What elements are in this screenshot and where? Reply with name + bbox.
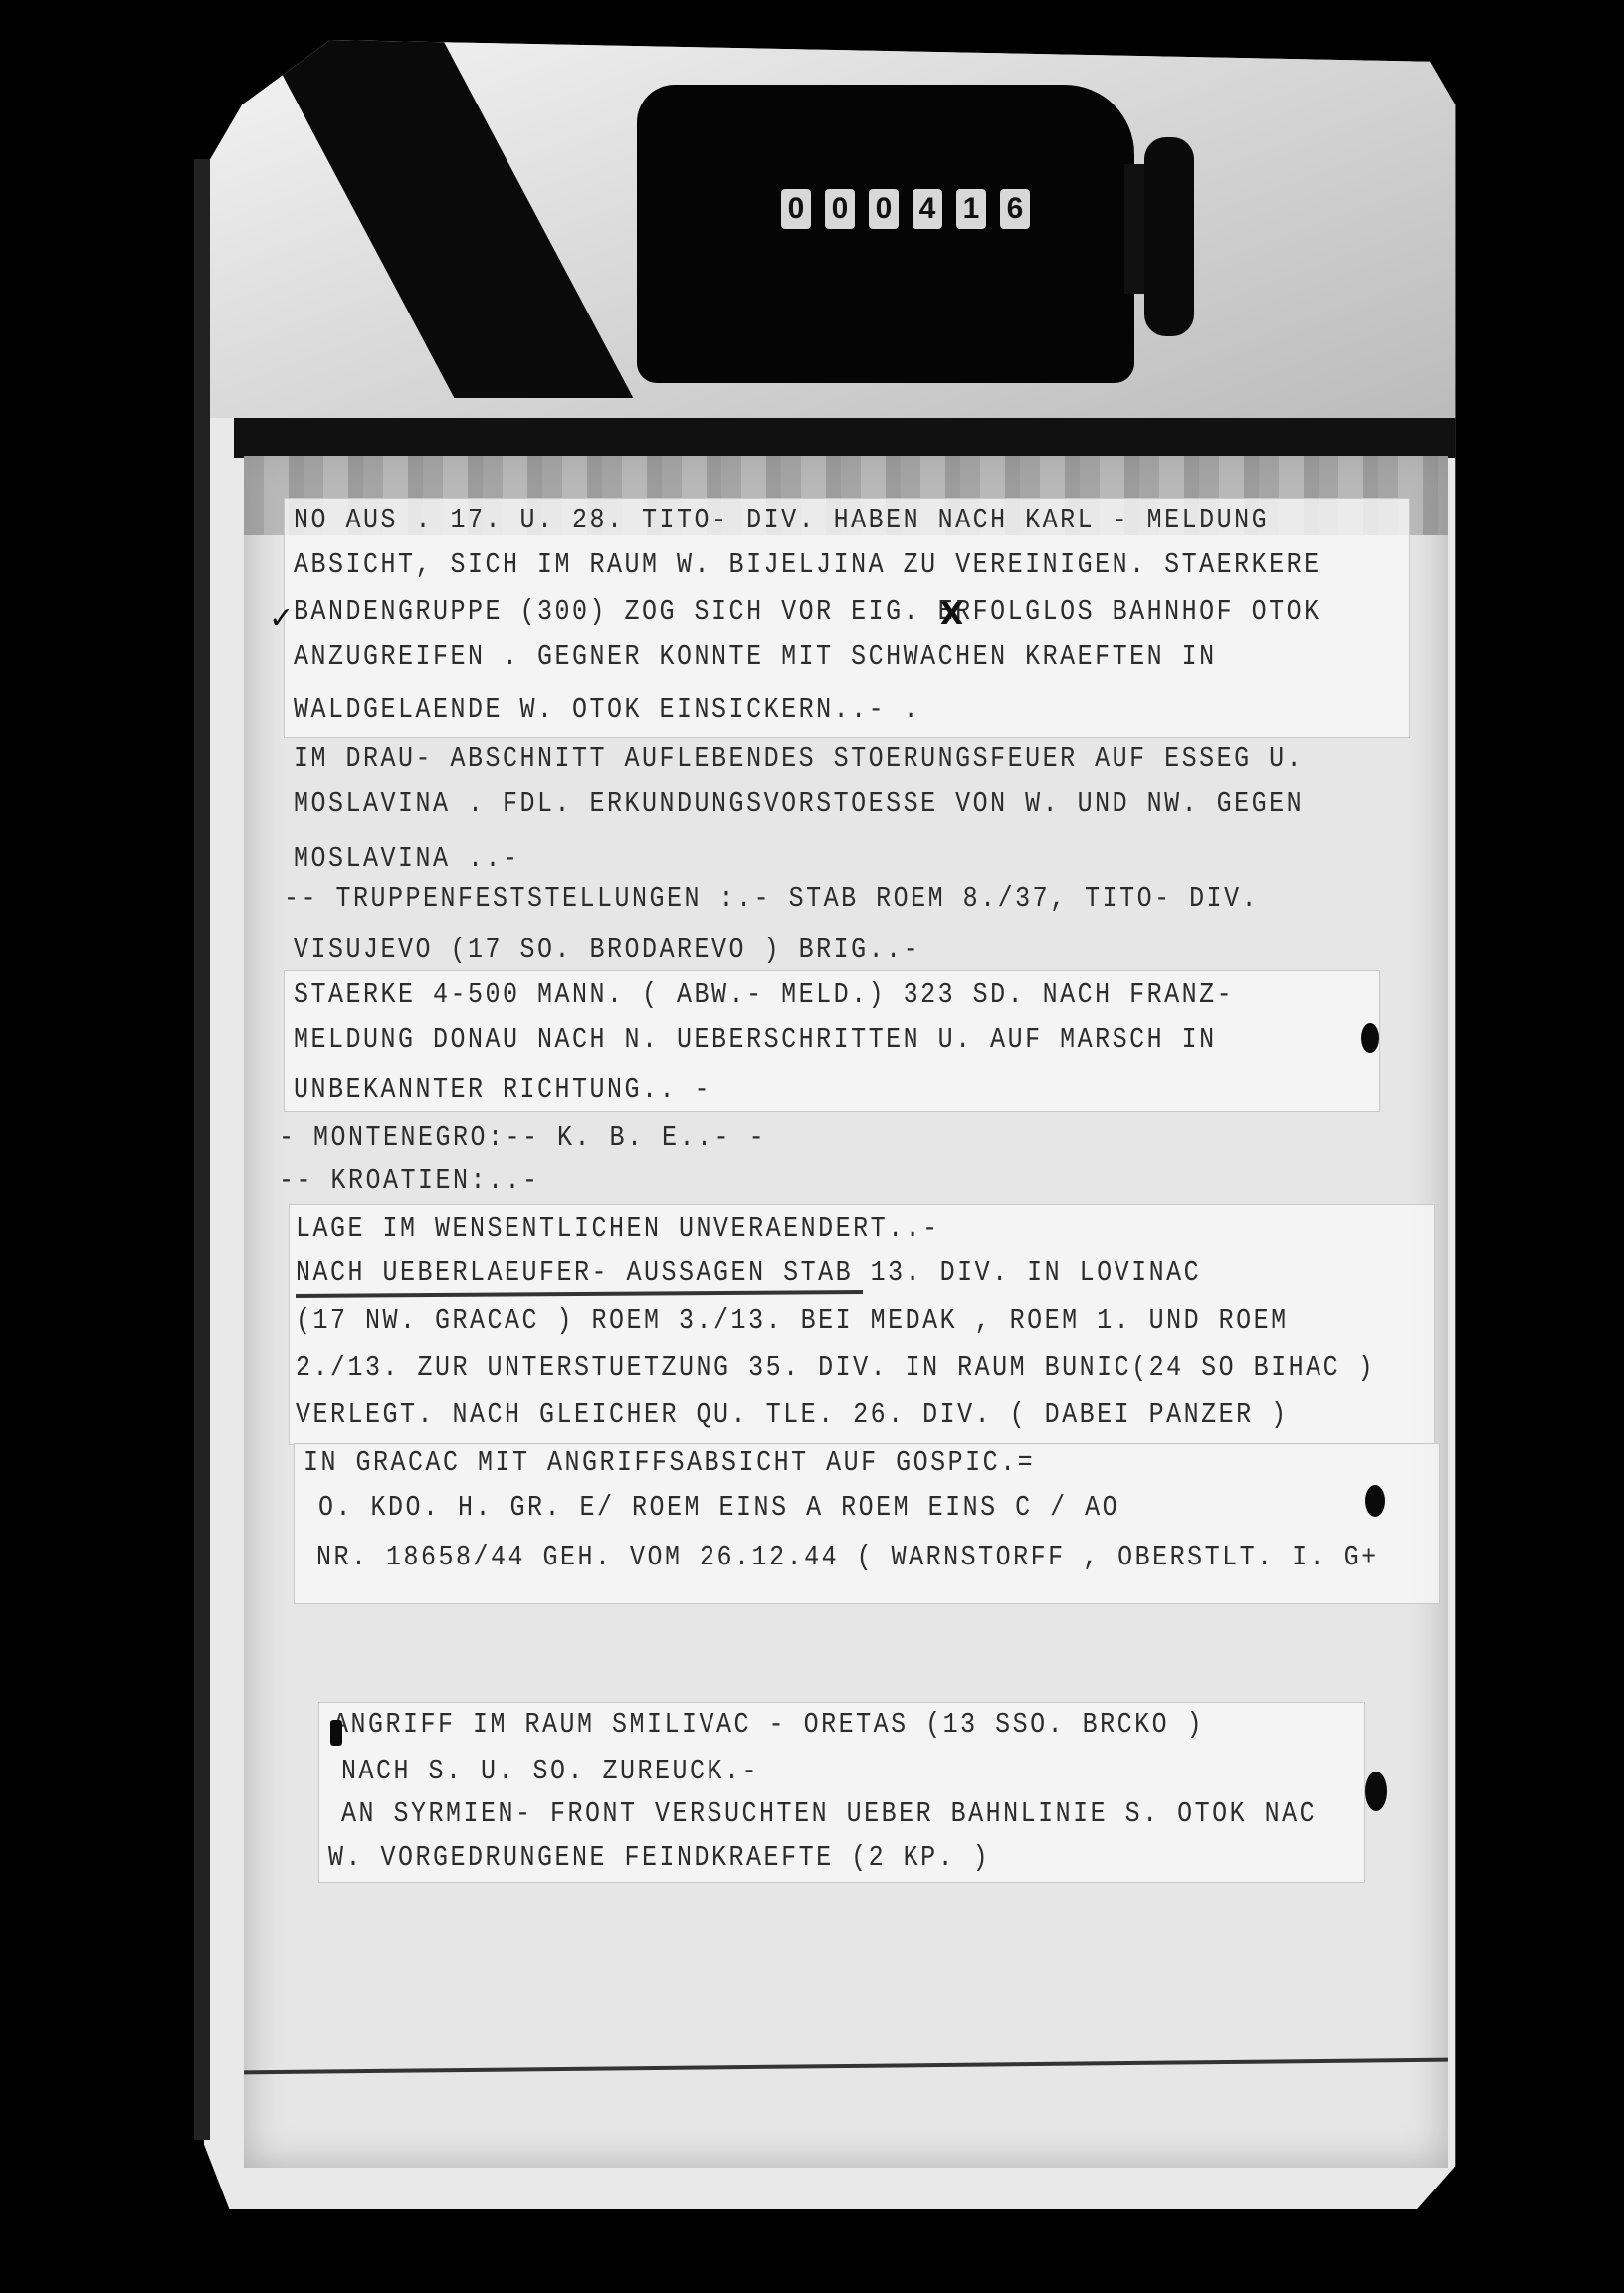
text-line: - MONTENEGRO:-- K. B. E..- - <box>279 1121 766 1153</box>
counter-digit: 0 <box>781 189 811 229</box>
counter-digit: 0 <box>869 189 899 229</box>
ink-blot <box>330 1720 342 1746</box>
counter-digit: 0 <box>825 189 855 229</box>
text-line: MELDUNG DONAU NACH N. UEBERSCHRITTEN U. … <box>294 1023 1217 1056</box>
text-line: LAGE IM WENSENTLICHEN UNVERAENDERT..- <box>296 1212 940 1245</box>
check-mark-icon: ✓ <box>269 601 294 636</box>
ink-blot <box>1365 1772 1387 1811</box>
text-line: ANZUGREIFEN . GEGNER KONNTE MIT SCHWACHE… <box>294 640 1217 673</box>
text-line: UNBEKANNTER RICHTUNG.. - <box>294 1073 711 1106</box>
text-line: MOSLAVINA ..- <box>294 842 520 875</box>
frame-counter-device: 0 0 0 4 1 6 <box>637 85 1134 383</box>
text-line: ABSICHT, SICH IM RAUM W. BIJELJINA ZU VE… <box>294 548 1321 581</box>
text-line: (17 NW. GRACAC ) ROEM 3./13. BEI MEDAK ,… <box>296 1304 1289 1337</box>
page-side-edge <box>194 159 210 2140</box>
folder-crease <box>244 2058 1448 2075</box>
text-line: -- TRUPPENFESTSTELLUNGEN :.- STAB ROEM 8… <box>284 882 1259 915</box>
text-line: -- KROATIEN:..- <box>279 1164 540 1197</box>
counter-digit: 1 <box>956 189 986 229</box>
text-line: NR. 18658/44 GEH. VOM 26.12.44 ( WARNSTO… <box>316 1541 1379 1573</box>
counter-digits: 0 0 0 4 1 6 <box>781 189 1030 229</box>
counter-digit: 6 <box>1000 189 1030 229</box>
text-line: IM DRAU- ABSCHNITT AUFLEBENDES STOERUNGS… <box>294 742 1304 775</box>
text-line: VERLEGT. NACH GLEICHER QU. TLE. 26. DIV.… <box>296 1398 1289 1431</box>
text-line: O. KDO. H. GR. E/ ROEM EINS A ROEM EINS … <box>318 1491 1119 1524</box>
text-line: VISUJEVO (17 SO. BRODAREVO ) BRIG..- <box>294 934 920 966</box>
text-line: STAERKE 4-500 MANN. ( ABW.- MELD.) 323 S… <box>294 978 1234 1011</box>
text-line: W. VORGEDRUNGENE FEINDKRAEFTE (2 KP. ) <box>328 1841 990 1874</box>
text-line: NACH S. U. SO. ZUREUCK.- <box>341 1755 759 1787</box>
counter-knob <box>1144 137 1194 336</box>
text-line: ANGRIFF IM RAUM SMILIVAC - ORETAS (13 SS… <box>333 1708 1204 1741</box>
text-line: AN SYRMIEN- FRONT VERSUCHTEN UEBER BAHNL… <box>341 1797 1317 1830</box>
ink-blot <box>1361 1023 1379 1053</box>
text-line: 2./13. ZUR UNTERSTUETZUNG 35. DIV. IN RA… <box>296 1352 1375 1384</box>
text-line: NO AUS . 17. U. 28. TITO- DIV. HABEN NAC… <box>294 504 1269 536</box>
text-line: WALDGELAENDE W. OTOK EINSICKERN..- . <box>294 693 920 726</box>
text-line: BANDENGRUPPE (300) ZOG SICH VOR EIG. ERF… <box>294 595 1321 628</box>
text-line: MOSLAVINA . FDL. ERKUNDUNGSVORSTOESSE VO… <box>294 787 1304 820</box>
counter-digit: 4 <box>913 189 942 229</box>
ink-blot <box>1365 1485 1385 1517</box>
text-line-underlined: NACH UEBERLAEUFER- AUSSAGEN STAB 13. DIV… <box>296 1256 1201 1289</box>
text-line: IN GRACAC MIT ANGRIFFSABSICHT AUF GOSPIC… <box>304 1446 1035 1479</box>
insertion-x-icon: X <box>940 597 963 632</box>
folder-edge-shadow <box>234 418 1458 458</box>
